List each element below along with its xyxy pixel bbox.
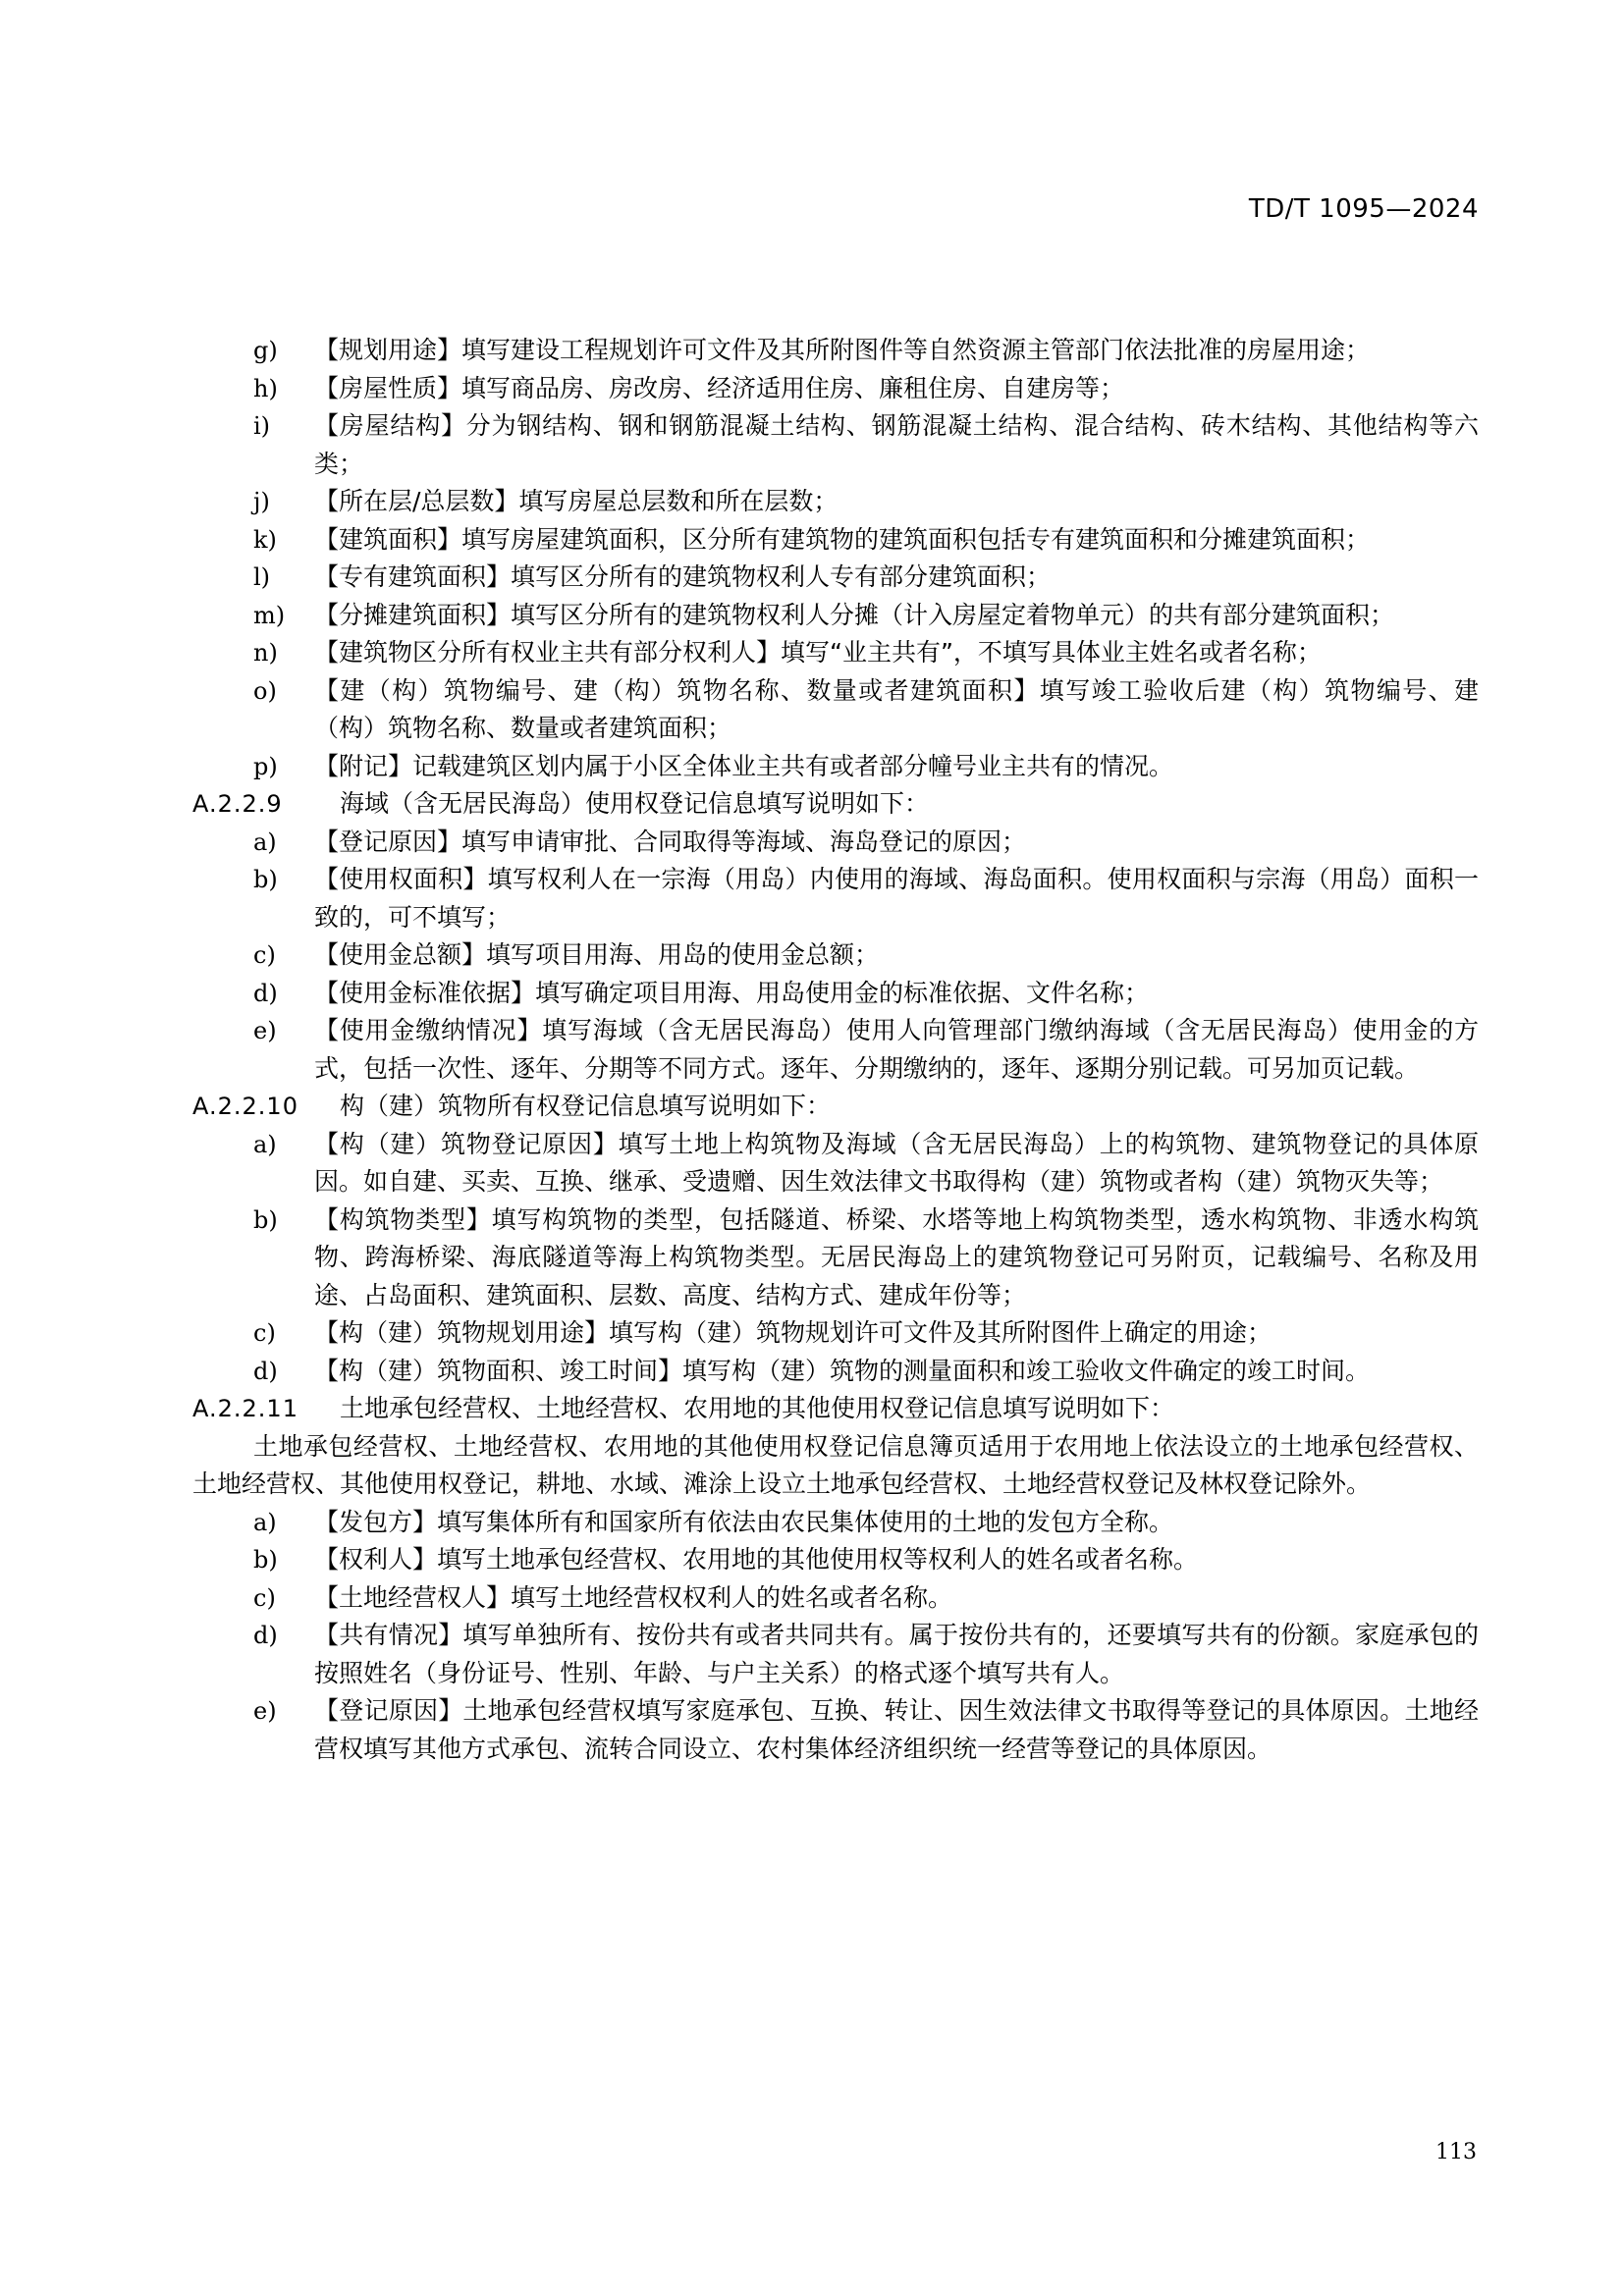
list-item: a)【发包方】填写集体所有和国家所有依法由农民集体使用的土地的发包方全称。	[192, 1504, 1479, 1542]
list-item: c)【构（建）筑物规划用途】填写构（建）筑物规划许可文件及其所附图件上确定的用途…	[192, 1314, 1479, 1353]
item-label: l)	[253, 559, 270, 597]
item-label: j)	[253, 483, 270, 521]
item-label: d)	[253, 1617, 278, 1655]
item-text: 【使用权面积】填写权利人在一宗海（用岛）内使用的海域、海岛面积。使用权面积与宗海…	[314, 861, 1479, 936]
list-item: h)【房屋性质】填写商品房、房改房、经济适用住房、廉租住房、自建房等；	[192, 370, 1479, 408]
clause-heading: A.2.2.11土地承包经营权、土地经营权、农用地的其他使用权登记信息填写说明如…	[192, 1390, 1479, 1428]
list-item: e)【登记原因】土地承包经营权填写家庭承包、互换、转让、因生效法律文书取得等登记…	[192, 1692, 1479, 1768]
item-text: 【构（建）筑物登记原因】填写土地上构筑物及海域（含无居民海岛）上的构筑物、建筑物…	[314, 1126, 1479, 1201]
item-text: 【所在层/总层数】填写房屋总层数和所在层数；	[314, 483, 1479, 521]
list-item: i)【房屋结构】分为钢结构、钢和钢筋混凝土结构、钢筋混凝土结构、混合结构、砖木结…	[192, 407, 1479, 483]
item-label: c)	[253, 1579, 276, 1618]
item-label: e)	[253, 1692, 277, 1731]
item-text: 【建筑面积】填写房屋建筑面积，区分所有建筑物的建筑面积包括专有建筑面积和分摊建筑…	[314, 521, 1479, 560]
item-text: 【房屋性质】填写商品房、房改房、经济适用住房、廉租住房、自建房等；	[314, 370, 1479, 408]
list-item: c)【土地经营权人】填写土地经营权权利人的姓名或者名称。	[192, 1579, 1479, 1618]
item-label: a)	[253, 824, 277, 862]
item-label: a)	[253, 1504, 277, 1542]
item-label: b)	[253, 1541, 278, 1579]
item-label: g)	[253, 332, 278, 370]
item-label: a)	[253, 1126, 277, 1164]
page-number: 113	[1435, 2140, 1477, 2164]
item-text: 【权利人】填写土地承包经营权、农用地的其他使用权等权利人的姓名或者名称。	[314, 1541, 1479, 1579]
list-item: b)【构筑物类型】填写构筑物的类型，包括隧道、桥梁、水塔等地上构筑物类型，透水构…	[192, 1201, 1479, 1315]
item-text: 【使用金总额】填写项目用海、用岛的使用金总额；	[314, 936, 1479, 975]
item-text: 【共有情况】填写单独所有、按份共有或者共同共有。属于按份共有的，还要填写共有的份…	[314, 1617, 1479, 1692]
section-a228-tail: g)【规划用途】填写建设工程规划许可文件及其所附图件等自然资源主管部门依法批准的…	[192, 332, 1479, 785]
item-text: 【建筑物区分所有权业主共有部分权利人】填写“业主共有”，不填写具体业主姓名或者名…	[314, 634, 1479, 672]
list-item: o)【建（构）筑物编号、建（构）筑物名称、数量或者建筑面积】填写竣工验收后建（构…	[192, 672, 1479, 748]
item-label: k)	[253, 521, 277, 560]
intro-paragraph: 土地承包经营权、土地经营权、农用地的其他使用权登记信息簿页适用于农用地上依法设立…	[192, 1428, 1479, 1504]
section-a2210: A.2.2.10构（建）筑物所有权登记信息填写说明如下： a)【构（建）筑物登记…	[192, 1088, 1479, 1390]
item-text: 【房屋结构】分为钢结构、钢和钢筋混凝土结构、钢筋混凝土结构、混合结构、砖木结构、…	[314, 407, 1479, 483]
item-text: 【建（构）筑物编号、建（构）筑物名称、数量或者建筑面积】填写竣工验收后建（构）筑…	[314, 672, 1479, 748]
item-label: i)	[253, 407, 270, 446]
item-text: 【土地经营权人】填写土地经营权权利人的姓名或者名称。	[314, 1579, 1479, 1618]
list-item: e)【使用金缴纳情况】填写海域（含无居民海岛）使用人向管理部门缴纳海域（含无居民…	[192, 1012, 1479, 1088]
clause-heading: A.2.2.9海域（含无居民海岛）使用权登记信息填写说明如下：	[192, 785, 1479, 824]
item-label: c)	[253, 936, 276, 975]
clause-title: 构（建）筑物所有权登记信息填写说明如下：	[340, 1092, 831, 1120]
item-text: 【登记原因】土地承包经营权填写家庭承包、互换、转让、因生效法律文书取得等登记的具…	[314, 1692, 1479, 1768]
list-item: a)【构（建）筑物登记原因】填写土地上构筑物及海域（含无居民海岛）上的构筑物、建…	[192, 1126, 1479, 1201]
section-a2211: A.2.2.11土地承包经营权、土地经营权、农用地的其他使用权登记信息填写说明如…	[192, 1390, 1479, 1768]
list-item: k)【建筑面积】填写房屋建筑面积，区分所有建筑物的建筑面积包括专有建筑面积和分摊…	[192, 521, 1479, 560]
list-item: a)【登记原因】填写申请审批、合同取得等海域、海岛登记的原因；	[192, 824, 1479, 862]
list-item: d)【构（建）筑物面积、竣工时间】填写构（建）筑物的测量面积和竣工验收文件确定的…	[192, 1353, 1479, 1391]
clause-title: 海域（含无居民海岛）使用权登记信息填写说明如下：	[340, 789, 929, 818]
clause-number: A.2.2.9	[192, 785, 283, 824]
list-item: b)【使用权面积】填写权利人在一宗海（用岛）内使用的海域、海岛面积。使用权面积与…	[192, 861, 1479, 936]
item-label: m)	[253, 597, 285, 635]
item-label: b)	[253, 1201, 278, 1240]
list-item: d)【共有情况】填写单独所有、按份共有或者共同共有。属于按份共有的，还要填写共有…	[192, 1617, 1479, 1692]
item-text: 【分摊建筑面积】填写区分所有的建筑物权利人分摊（计入房屋定着物单元）的共有部分建…	[314, 597, 1479, 635]
item-text: 【登记原因】填写申请审批、合同取得等海域、海岛登记的原因；	[314, 824, 1479, 862]
list-item: g)【规划用途】填写建设工程规划许可文件及其所附图件等自然资源主管部门依法批准的…	[192, 332, 1479, 370]
item-text: 【构筑物类型】填写构筑物的类型，包括隧道、桥梁、水塔等地上构筑物类型，透水构筑物…	[314, 1201, 1479, 1315]
list-item: d)【使用金标准依据】填写确定项目用海、用岛使用金的标准依据、文件名称；	[192, 975, 1479, 1013]
clause-number: A.2.2.11	[192, 1390, 298, 1428]
item-label: p)	[253, 748, 278, 786]
section-a229: A.2.2.9海域（含无居民海岛）使用权登记信息填写说明如下： a)【登记原因】…	[192, 785, 1479, 1088]
item-label: d)	[253, 975, 278, 1013]
item-label: n)	[253, 634, 278, 672]
clause-heading: A.2.2.10构（建）筑物所有权登记信息填写说明如下：	[192, 1088, 1479, 1126]
item-text: 【附记】记载建筑区划内属于小区全体业主共有或者部分幢号业主共有的情况。	[314, 748, 1479, 786]
clause-title: 土地承包经营权、土地经营权、农用地的其他使用权登记信息填写说明如下：	[340, 1394, 1174, 1422]
clause-number: A.2.2.10	[192, 1088, 298, 1126]
item-text: 【使用金缴纳情况】填写海域（含无居民海岛）使用人向管理部门缴纳海域（含无居民海岛…	[314, 1012, 1479, 1088]
item-label: c)	[253, 1314, 276, 1353]
item-text: 【构（建）筑物规划用途】填写构（建）筑物规划许可文件及其所附图件上确定的用途；	[314, 1314, 1479, 1353]
item-text: 【规划用途】填写建设工程规划许可文件及其所附图件等自然资源主管部门依法批准的房屋…	[314, 332, 1479, 370]
item-label: h)	[253, 370, 278, 408]
list-item: l)【专有建筑面积】填写区分所有的建筑物权利人专有部分建筑面积；	[192, 559, 1479, 597]
list-item: m)【分摊建筑面积】填写区分所有的建筑物权利人分摊（计入房屋定着物单元）的共有部…	[192, 597, 1479, 635]
list-item: p)【附记】记载建筑区划内属于小区全体业主共有或者部分幢号业主共有的情况。	[192, 748, 1479, 786]
item-text: 【构（建）筑物面积、竣工时间】填写构（建）筑物的测量面积和竣工验收文件确定的竣工…	[314, 1353, 1479, 1391]
item-text: 【专有建筑面积】填写区分所有的建筑物权利人专有部分建筑面积；	[314, 559, 1479, 597]
standard-code: TD/T 1095—2024	[1249, 194, 1479, 224]
list-item: c)【使用金总额】填写项目用海、用岛的使用金总额；	[192, 936, 1479, 975]
list-item: j)【所在层/总层数】填写房屋总层数和所在层数；	[192, 483, 1479, 521]
list-item: b)【权利人】填写土地承包经营权、农用地的其他使用权等权利人的姓名或者名称。	[192, 1541, 1479, 1579]
item-label: b)	[253, 861, 278, 899]
document-body: g)【规划用途】填写建设工程规划许可文件及其所附图件等自然资源主管部门依法批准的…	[192, 332, 1479, 1768]
list-item: n)【建筑物区分所有权业主共有部分权利人】填写“业主共有”，不填写具体业主姓名或…	[192, 634, 1479, 672]
item-label: e)	[253, 1012, 277, 1050]
item-label: o)	[253, 672, 277, 711]
item-text: 【使用金标准依据】填写确定项目用海、用岛使用金的标准依据、文件名称；	[314, 975, 1479, 1013]
item-label: d)	[253, 1353, 278, 1391]
item-text: 【发包方】填写集体所有和国家所有依法由农民集体使用的土地的发包方全称。	[314, 1504, 1479, 1542]
